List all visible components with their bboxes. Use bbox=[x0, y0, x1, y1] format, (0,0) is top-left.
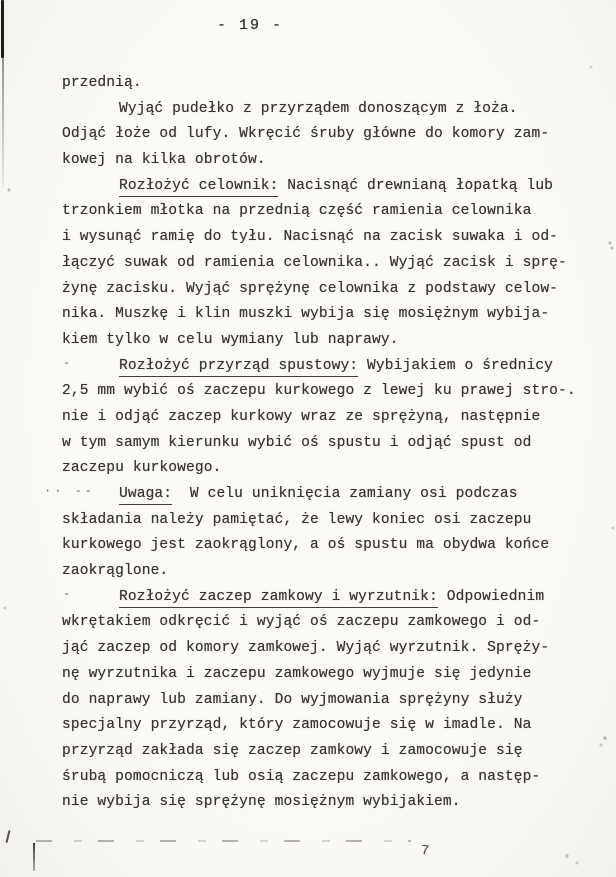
text-line: łączyć suwak od ramienia celownika.. Wyj… bbox=[62, 251, 582, 277]
text-run: W celu uniknięcia zamiany osi podczas bbox=[172, 486, 517, 502]
bottom-left-pen-tick bbox=[5, 830, 10, 843]
text-line: nika. Muszkę i klin muszki wybija się mo… bbox=[62, 302, 582, 328]
text-line: nę wyrzutnika i zaczepu zamkowego wyjmuj… bbox=[62, 662, 582, 688]
text-line: nie wybija się sprężynę mosiężnym wybija… bbox=[62, 790, 582, 816]
text-line: do naprawy lub zamiany. Do wyjmowania sp… bbox=[62, 688, 582, 714]
text-run: przyrząd zakłada się zaczep zamkowy i za… bbox=[62, 743, 523, 759]
margin-pencil-mark: - bbox=[63, 351, 73, 377]
text-line: żynę zacisku. Wyjąć sprężynę celownika z… bbox=[62, 277, 582, 303]
text-run: nę wyrzutnika i zaczepu zamkowego wyjmuj… bbox=[62, 666, 531, 682]
text-line: kiem tylko w celu wymiany lub naprawy. bbox=[62, 328, 582, 354]
text-run: i wysunąć ramię do tyłu. Nacisnąć na zac… bbox=[62, 229, 558, 245]
text-run: zaokrąglone. bbox=[62, 563, 168, 579]
scanned-document-page: - 19 - przednią.Wyjąć pudełko z przyrząd… bbox=[0, 0, 616, 877]
underlined-heading: Rozłożyć celownik: bbox=[119, 178, 278, 197]
text-run: żynę zacisku. Wyjąć sprężynę celownika z… bbox=[62, 281, 558, 297]
margin-pencil-mark: - bbox=[63, 582, 73, 608]
text-run: łączyć suwak od ramienia celownika.. Wyj… bbox=[62, 255, 567, 271]
text-line: śrubą pomocniczą lub osią zaczepu zamkow… bbox=[62, 765, 582, 791]
text-run: nie i odjąć zaczep kurkowy wraz ze spręż… bbox=[62, 409, 540, 425]
page-number: - 19 - bbox=[0, 17, 500, 34]
text-run: śrubą pomocniczą lub osią zaczepu zamkow… bbox=[62, 769, 540, 785]
text-run: nie wybija się sprężynę mosiężnym wybija… bbox=[62, 794, 461, 810]
text-line: -Rozłożyć przyrząd spustowy: Wybijakiem … bbox=[62, 354, 582, 380]
text-run: specjalny przyrząd, który zamocowuje się… bbox=[62, 717, 531, 733]
text-run: Wybijakiem o średnicy bbox=[358, 358, 553, 374]
text-line: trzonkiem młotka na przednią część ramie… bbox=[62, 199, 582, 225]
text-run: w tym samym kierunku wybić oś spustu i o… bbox=[62, 435, 531, 451]
text-line: w tym samym kierunku wybić oś spustu i o… bbox=[62, 431, 582, 457]
text-line: -Rozłożyć zaczep zamkowy i wyrzutnik: Od… bbox=[62, 585, 582, 611]
scan-noise-speckles bbox=[0, 0, 2, 2]
text-run: Odpowiednim bbox=[438, 589, 544, 605]
text-run: Odjąć łoże od lufy. Wkręcić śruby główne… bbox=[62, 126, 549, 142]
text-line: kowej na kilka obrotów. bbox=[62, 148, 582, 174]
text-run: nika. Muszkę i klin muszki wybija się mo… bbox=[62, 306, 549, 322]
text-run: trzonkiem młotka na przednią część ramie… bbox=[62, 203, 531, 219]
text-run: przednią. bbox=[62, 75, 142, 91]
text-run: Wyjąć pudełko z przyrządem donoszącym z … bbox=[119, 101, 518, 117]
text-run: Nacisnąć drewnianą łopatką lub bbox=[278, 178, 553, 194]
text-line: zaczepu kurkowego. bbox=[62, 456, 582, 482]
text-run: jąć zaczep od komory zamkowej. Wyjąć wyr… bbox=[62, 640, 549, 656]
text-run: do naprawy lub zamiany. Do wyjmowania sp… bbox=[62, 692, 523, 708]
text-run: zaczepu kurkowego. bbox=[62, 460, 221, 476]
footer-handwritten-mark: 7 bbox=[420, 844, 429, 860]
text-run: kurkowego jest zaokrąglony, a oś spustu … bbox=[62, 537, 549, 553]
underlined-heading: Uwaga: bbox=[119, 486, 172, 505]
text-line: kurkowego jest zaokrąglony, a oś spustu … bbox=[62, 533, 582, 559]
text-run: wkrętakiem odkręcić i wyjąć oś zaczepu z… bbox=[62, 614, 540, 630]
document-text-block: przednią.Wyjąć pudełko z przyrządem dono… bbox=[62, 71, 582, 816]
text-line: jąć zaczep od komory zamkowej. Wyjąć wyr… bbox=[62, 636, 582, 662]
text-line: ·· --Uwaga: W celu uniknięcia zamiany os… bbox=[62, 482, 582, 508]
text-line: 2,5 mm wybić oś zaczepu kurkowego z lewe… bbox=[62, 379, 582, 405]
margin-pencil-mark: ·· -- bbox=[44, 479, 95, 505]
text-line: składania należy pamiętać, że lewy konie… bbox=[62, 508, 582, 534]
bottom-left-vertical-mark bbox=[33, 843, 35, 871]
text-line: Odjąć łoże od lufy. Wkręcić śruby główne… bbox=[62, 122, 582, 148]
left-edge-scan-line-fade bbox=[2, 56, 4, 188]
text-line: zaokrąglone. bbox=[62, 559, 582, 585]
text-line: Wyjąć pudełko z przyrządem donoszącym z … bbox=[62, 97, 582, 123]
text-line: nie i odjąć zaczep kurkowy wraz ze spręż… bbox=[62, 405, 582, 431]
text-line: przednią. bbox=[62, 71, 582, 97]
underlined-heading: Rozłożyć zaczep zamkowy i wyrzutnik: bbox=[119, 589, 438, 608]
text-run: kiem tylko w celu wymiany lub naprawy. bbox=[62, 332, 399, 348]
text-line: specjalny przyrząd, który zamocowuje się… bbox=[62, 713, 582, 739]
text-line: wkrętakiem odkręcić i wyjąć oś zaczepu z… bbox=[62, 610, 582, 636]
text-run: kowej na kilka obrotów. bbox=[62, 152, 266, 168]
text-line: i wysunąć ramię do tyłu. Nacisnąć na zac… bbox=[62, 225, 582, 251]
bottom-faint-dashed-line bbox=[36, 840, 411, 842]
text-line: przyrząd zakłada się zaczep zamkowy i za… bbox=[62, 739, 582, 765]
left-edge-scan-line bbox=[1, 0, 4, 58]
text-run: 2,5 mm wybić oś zaczepu kurkowego z lewe… bbox=[62, 383, 576, 399]
text-line: Rozłożyć celownik: Nacisnąć drewnianą ło… bbox=[62, 174, 582, 200]
text-run: składania należy pamiętać, że lewy konie… bbox=[62, 512, 531, 528]
underlined-heading: Rozłożyć przyrząd spustowy: bbox=[119, 358, 358, 377]
